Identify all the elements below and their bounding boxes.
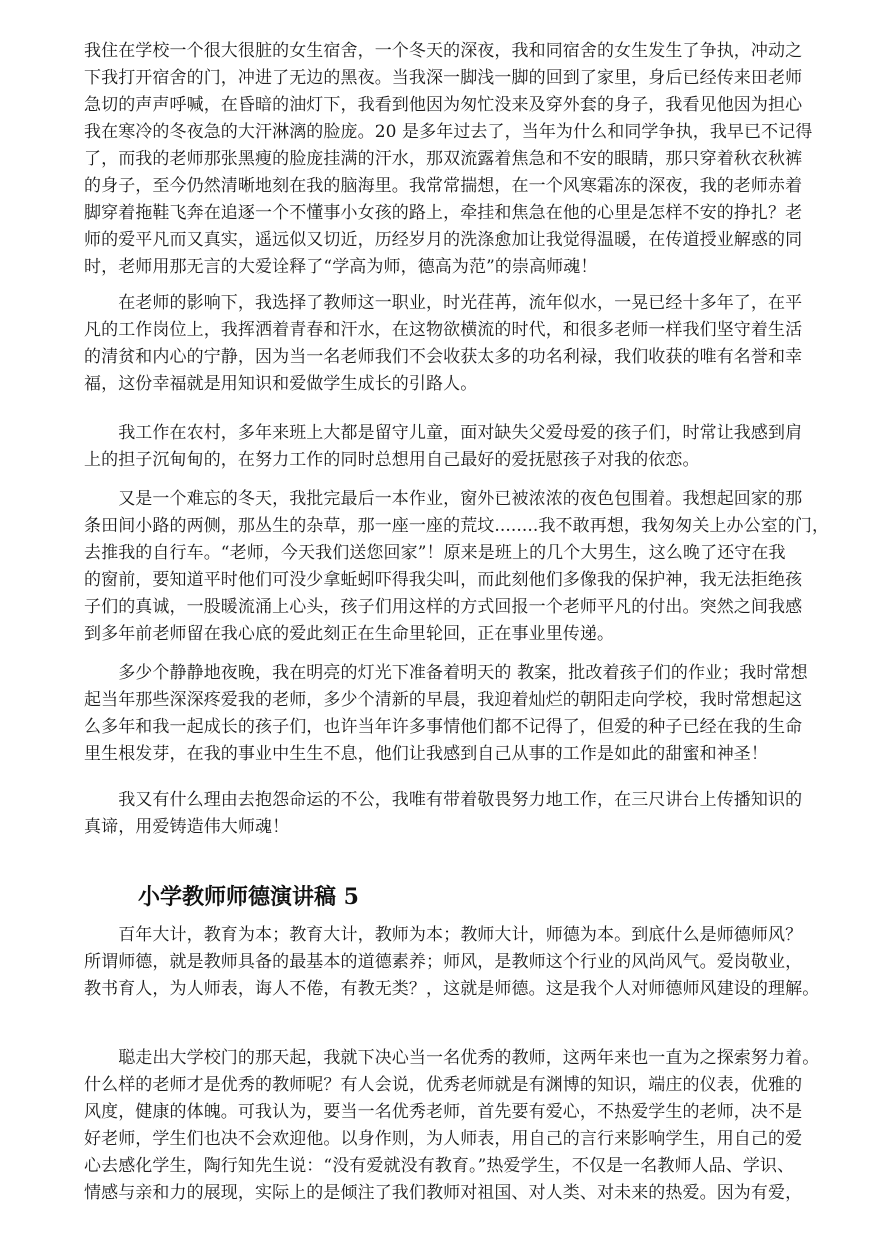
text-line: 上的担子沉甸甸的，在努力工作的同时总想用自己最好的爱抚慰孩子对我的依恋。 xyxy=(84,447,844,474)
text-line: 下我打开宿舍的门，冲进了无边的黑夜。当我深一脚浅一脚的回到了家里，身后已经传来田… xyxy=(84,65,844,92)
text-line: 的清贫和内心的宁静，因为当一名老师我们不会收获太多的功名利禄，我们收获的唯有名誉… xyxy=(84,344,844,371)
text-line: 我在寒冷的冬夜急的大汗淋漓的脸庞。20 是多年过去了，当年为什么和同学争执，我早… xyxy=(84,119,844,146)
text-line: 凡的工作岗位上，我挥洒着青春和汗水，在这物欲横流的时代，和很多老师一样我们坚守着… xyxy=(84,317,844,344)
text-line: 急切的声声呼喊，在昏暗的油灯下，我看到他因为匆忙没来及穿外套的身子，我看见他因为… xyxy=(84,92,844,119)
text-line: 情感与亲和力的展现，实际上的是倾注了我们教师对祖国、对人类、对未来的热爱。因为有… xyxy=(84,1180,844,1207)
paragraph-2: 在老师的影响下，我选择了教师这一职业，时光荏苒，流年似水，一晃已经十多年了，在平… xyxy=(84,290,844,398)
text-line: 我工作在农村，多年来班上大都是留守儿童，面对缺失父爱母爱的孩子们，时常让我感到肩 xyxy=(84,420,844,447)
text-line: 么多年和我一起成长的孩子们，也许当年许多事情他们都不记得了，但爱的种子已经在我的… xyxy=(84,714,844,741)
section-paragraph-1: 百年大计，教育为本；教育大计，教师为本；教师大计，师德为本。到底什么是师德师风？… xyxy=(84,922,844,1003)
text-line: 百年大计，教育为本；教育大计，教师为本；教师大计，师德为本。到底什么是师德师风？ xyxy=(84,922,844,949)
text-line: 时，老师用那无言的大爱诠释了“学高为师，德高为范”的崇高师魂！ xyxy=(84,254,844,281)
text-line: 什么样的老师才是优秀的教师呢？有人会说，优秀老师就是有渊博的知识，端庄的仪表，优… xyxy=(84,1072,844,1099)
text-line: 多少个静静地夜晚，我在明亮的灯光下准备着明天的 教案，批改着孩子们的作业；我时常… xyxy=(84,660,844,687)
text-line: 真谛，用爱铸造伟大师魂！ xyxy=(84,814,844,841)
paragraph-6: 我又有什么理由去抱怨命运的不公，我唯有带着敬畏努力地工作，在三尺讲台上传播知识的… xyxy=(84,787,844,841)
text-line: 了，而我的老师那张黑瘦的脸庞挂满的汗水，那双流露着焦急和不安的眼睛，那只穿着秋衣… xyxy=(84,146,844,173)
text-line: 脚穿着拖鞋飞奔在追逐一个不懂事小女孩的路上，牵挂和焦急在他的心里是怎样不安的挣扎… xyxy=(84,200,844,227)
text-line: 条田间小路的两侧，那丛生的杂草，那一座一座的荒坟........我不敢再想，我匆… xyxy=(84,513,844,540)
paragraph-4: 又是一个难忘的冬天，我批完最后一本作业，窗外已被浓浓的夜色包围着。我想起回家的那… xyxy=(84,486,844,648)
text-line: 的窗前，要知道平时他们可没少拿蚯蚓吓得我尖叫，而此刻他们多像我的保护神，我无法拒… xyxy=(84,567,844,594)
section-title: 小学教师师德演讲稿 5 xyxy=(138,880,359,911)
text-line: 的身子，至今仍然清晰地刻在我的脑海里。我常常揣想，在一个风寒霜冻的深夜，我的老师… xyxy=(84,173,844,200)
document-page: 我住在学校一个很大很脏的女生宿舍，一个冬天的深夜，我和同宿舍的女生发生了争执，冲… xyxy=(0,0,884,1250)
paragraph-3: 我工作在农村，多年来班上大都是留守儿童，面对缺失父爱母爱的孩子们，时常让我感到肩… xyxy=(84,420,844,474)
text-line: 所谓师德，就是教师具备的最基本的道德素养；师风，是教师这个行业的风尚风气。爱岗敬… xyxy=(84,949,844,976)
text-line: 到多年前老师留在我心底的爱此刻正在生命里轮回，正在事业里传递。 xyxy=(84,621,844,648)
text-line: 又是一个难忘的冬天，我批完最后一本作业，窗外已被浓浓的夜色包围着。我想起回家的那 xyxy=(84,486,844,513)
text-line: 去推我的自行车。“老师，今天我们送您回家”！原来是班上的几个大男生，这么晚了还守… xyxy=(84,540,844,567)
text-line: 好老师，学生们也决不会欢迎他。以身作则，为人师表，用自己的言行来影响学生，用自己… xyxy=(84,1126,844,1153)
text-line: 在老师的影响下，我选择了教师这一职业，时光荏苒，流年似水，一晃已经十多年了，在平 xyxy=(84,290,844,317)
section-paragraph-2: 聪走出大学校门的那天起，我就下决心当一名优秀的教师，这两年来也一直为之探索努力着… xyxy=(84,1045,844,1207)
text-line: 福，这份幸福就是用知识和爱做学生成长的引路人。 xyxy=(84,371,844,398)
text-line: 心去感化学生，陶行知先生说：“没有爱就没有教育。”热爱学生，不仅是一名教师人品、… xyxy=(84,1153,844,1180)
text-line: 我住在学校一个很大很脏的女生宿舍，一个冬天的深夜，我和同宿舍的女生发生了争执，冲… xyxy=(84,38,844,65)
paragraph-5: 多少个静静地夜晚，我在明亮的灯光下准备着明天的 教案，批改着孩子们的作业；我时常… xyxy=(84,660,844,768)
text-line: 师的爱平凡而又真实，遥远似又切近，历经岁月的洗涤愈加让我觉得温暖，在传道授业解惑… xyxy=(84,227,844,254)
text-line: 教书育人，为人师表，诲人不倦，有教无类？，这就是师德。这是我个人对师德师风建设的… xyxy=(84,976,844,1003)
text-line: 起当年那些深深疼爱我的老师，多少个清新的早晨，我迎着灿烂的朝阳走向学校，我时常想… xyxy=(84,687,844,714)
text-line: 聪走出大学校门的那天起，我就下决心当一名优秀的教师，这两年来也一直为之探索努力着… xyxy=(84,1045,844,1072)
paragraph-1: 我住在学校一个很大很脏的女生宿舍，一个冬天的深夜，我和同宿舍的女生发生了争执，冲… xyxy=(84,38,844,281)
text-line: 风度，健康的体魄。可我认为，要当一名优秀老师，首先要有爱心，不热爱学生的老师，决… xyxy=(84,1099,844,1126)
text-line: 里生根发芽，在我的事业中生生不息，他们让我感到自己从事的工作是如此的甜蜜和神圣！ xyxy=(84,741,844,768)
text-line: 我又有什么理由去抱怨命运的不公，我唯有带着敬畏努力地工作，在三尺讲台上传播知识的 xyxy=(84,787,844,814)
text-line: 子们的真诚，一股暖流涌上心头，孩子们用这样的方式回报一个老师平凡的付出。突然之间… xyxy=(84,594,844,621)
